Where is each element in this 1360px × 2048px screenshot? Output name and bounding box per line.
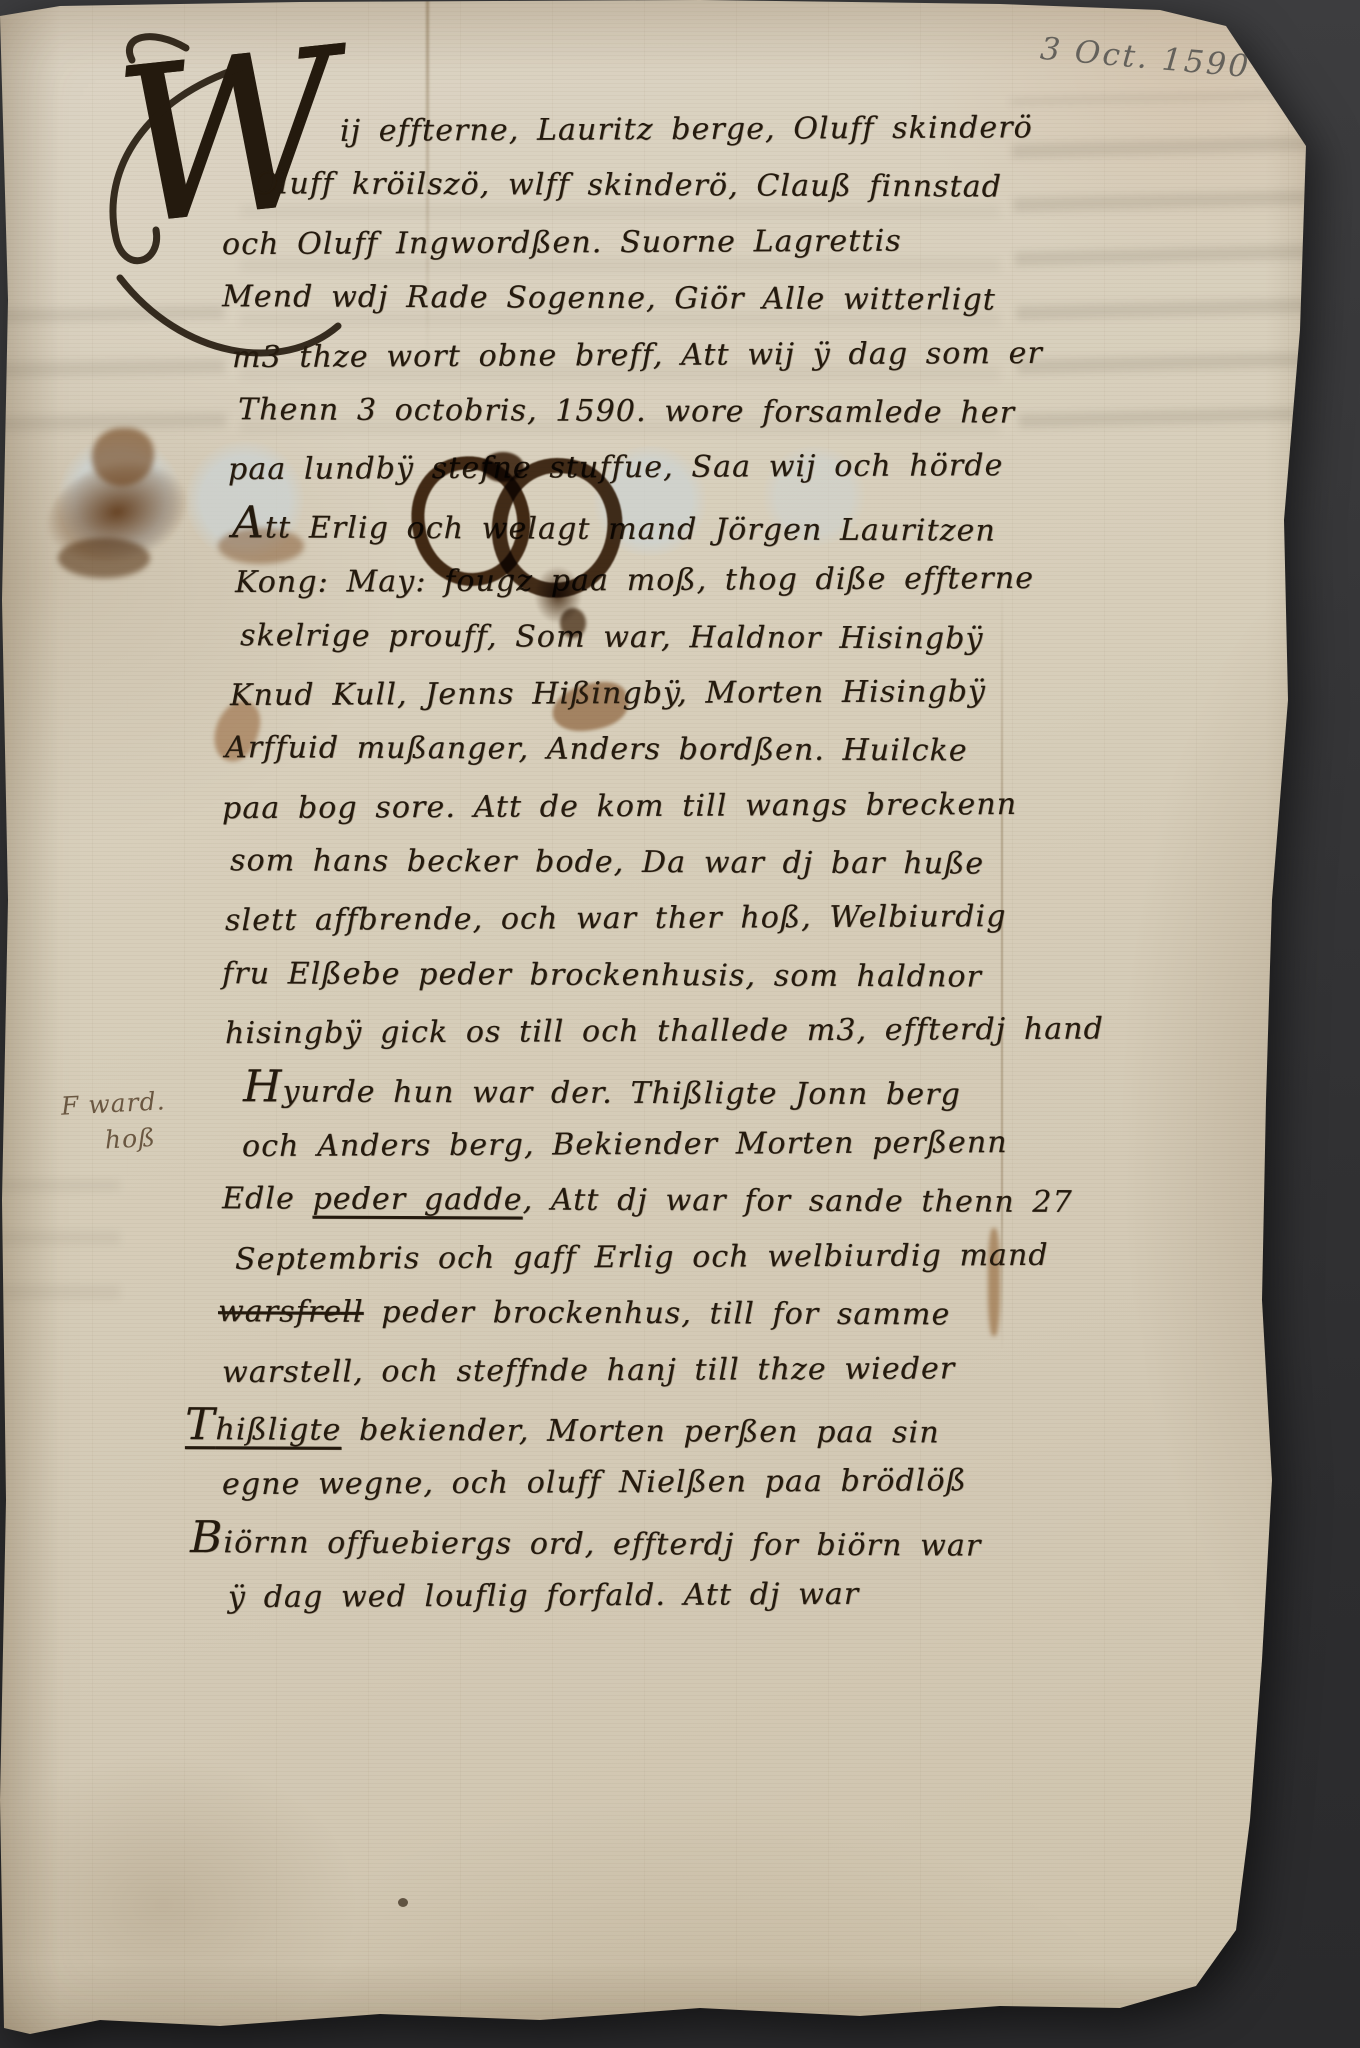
line-text: , Att dj war for sande thenn 27 bbox=[523, 1183, 1073, 1220]
line-text: bekiender, Morten perßen paa sin bbox=[341, 1413, 939, 1451]
manuscript-line: Kong: May: fougz paa moß, thog diße efft… bbox=[235, 551, 1050, 612]
underlined-word: Thißligte bbox=[185, 1412, 342, 1448]
manuscript-line: ij effterne, Lauritz berge, Oluff skinde… bbox=[340, 100, 1050, 160]
manuscript-line: warsfrell peder brockenhus, till for sam… bbox=[218, 1284, 1050, 1344]
ink-speck bbox=[398, 1898, 408, 1907]
manuscript-line: Arffuid mußanger, Anders bordßen. Huilck… bbox=[225, 720, 1050, 780]
manuscript-line: skelrige prouff, Som war, Haldnor Hising… bbox=[240, 608, 1050, 668]
manuscript-line: Att Erlig och welagt mand Jörgen Lauritz… bbox=[232, 495, 1050, 555]
archival-date-annotation: 3 Oct. 1590 bbox=[1039, 31, 1252, 85]
manuscript-line: Edle peder gadde, Att dj war for sande t… bbox=[222, 1172, 1050, 1232]
manuscript-line: Hyurde hun war der. Thißligte Jonn berg bbox=[243, 1059, 1050, 1119]
brown-stain bbox=[58, 538, 150, 578]
manuscript-page: W ij effterne, Lauritz berge, Oluff skin… bbox=[0, 0, 1360, 2048]
manuscript-line: warstell, och steffnde hanj till thze wi… bbox=[222, 1340, 1050, 1401]
manuscript-line: och Oluff Ingwordßen. Suorne Lagrettis bbox=[222, 213, 1050, 274]
manuscript-line: paa bog sore. Att de kom till wangs brec… bbox=[222, 777, 1050, 838]
manuscript-line: ÿ dag wed louflig forfald. Att dj war bbox=[228, 1566, 1050, 1627]
manuscript-line: fru Elßebe peder brockenhusis, som haldn… bbox=[222, 946, 1050, 1006]
manuscript-line: m3 thze wort obne breff, Att wij ÿ dag s… bbox=[232, 325, 1050, 386]
manuscript-line: slett affbrende, och war ther hoß, Welbi… bbox=[225, 889, 1050, 950]
margin-note: F ward. hoß bbox=[60, 1083, 168, 1160]
verso-ghost-text bbox=[1010, 91, 1339, 449]
manuscript-line: egne wegne, och oluff Nielßen paa brödlö… bbox=[222, 1453, 1050, 1514]
line-text: peder brockenhus, till for samme bbox=[364, 1295, 951, 1333]
manuscript-line: och Anders berg, Bekiender Morten perßen… bbox=[242, 1115, 1050, 1176]
manuscript-line: som hans becker bode, Da war dj bar huße bbox=[230, 833, 1050, 893]
document-scan: W ij effterne, Lauritz berge, Oluff skin… bbox=[0, 0, 1360, 2048]
verso-ghost-text bbox=[0, 1180, 120, 1320]
manuscript-line: Oluff kröilszö, wlff skinderö, Clauß fin… bbox=[253, 157, 1050, 217]
margin-note-line: hoß bbox=[62, 1119, 168, 1160]
manuscript-line: Thißligte bekiender, Morten perßen paa s… bbox=[185, 1397, 1050, 1457]
manuscript-line: hisingbÿ gick os till och thallede m3, e… bbox=[225, 1002, 1050, 1063]
manuscript-line: Knud Kull, Jenns Hißingbÿ, Morten Hising… bbox=[230, 664, 1050, 725]
manuscript-line: Mend wdj Rade Sogenne, Giör Alle witterl… bbox=[222, 269, 1050, 329]
line-text: Edle bbox=[222, 1182, 313, 1217]
manuscript-line: Thenn 3 octobris, 1590. wore forsamlede … bbox=[238, 382, 1050, 442]
manuscript-line: Septembris och gaff Erlig och welbiurdig… bbox=[235, 1228, 1050, 1289]
manuscript-line: Biörnn offuebiergs ord, effterdj for biö… bbox=[190, 1510, 1050, 1570]
brown-stain bbox=[34, 446, 200, 578]
paper-shadow-wrap: W ij effterne, Lauritz berge, Oluff skin… bbox=[0, 0, 1360, 2048]
brown-stain bbox=[92, 428, 154, 486]
seal-stain bbox=[58, 436, 182, 560]
manuscript-text-block: ij effterne, Lauritz berge, Oluff skinde… bbox=[210, 102, 1050, 1625]
struck-word: warsfrell bbox=[218, 1294, 364, 1330]
margin-note-line: F ward. bbox=[60, 1083, 166, 1124]
manuscript-line: paa lundbÿ stefne stuffue, Saa wij och h… bbox=[228, 438, 1050, 499]
underlined-phrase: peder gadde bbox=[312, 1182, 522, 1218]
